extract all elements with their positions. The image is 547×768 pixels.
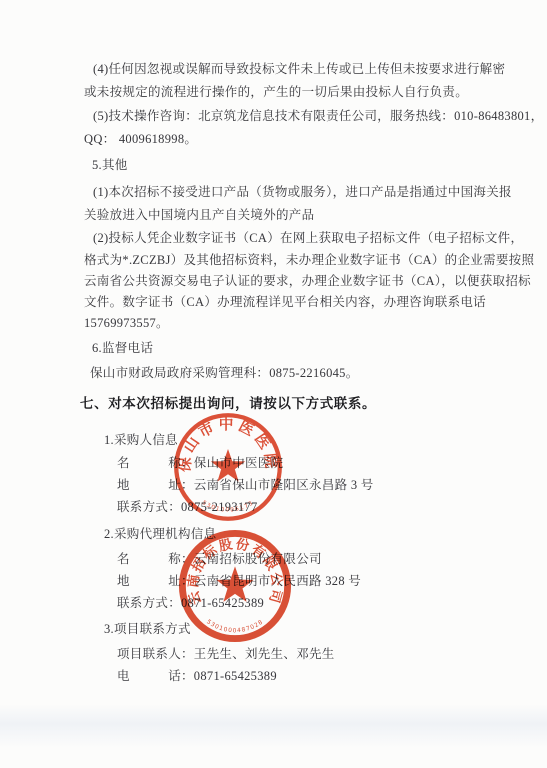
doc-line: (2)投标人凭企业数字证书（CA）在网上获取电子招标文件（电子招标文件，: [93, 231, 523, 246]
doc-line: 文件。数字证书（CA）办理流程详见平台相关内容，办理咨询联系电话: [84, 295, 486, 310]
doc-line: 格式为*.ZCZBJ）及其他招标资料，未办理企业数字证书（CA）的企业需要按照: [84, 253, 534, 268]
official-seal-buyer: 保山市中医医院 53010006173: [171, 410, 285, 524]
doc-line: QQ： 4009618998。: [84, 132, 197, 147]
doc-line: 保山市财政局政府采购管理科：0875-2216045。: [90, 366, 359, 381]
star-icon: [216, 566, 253, 602]
field-contact-phone: 电 话：0871-65425389: [117, 669, 277, 684]
seal-serial-number: 53010006173: [201, 500, 255, 514]
section-heading: 七、对本次招标提出询问，请按以下方式联系。: [80, 396, 376, 411]
doc-line: (4)任何因忽视或误解而导致投标文件未上传或已上传但未按要求进行解密: [93, 62, 505, 77]
official-seal-agency: 云南招标股份有限公司 5301000487028: [176, 527, 294, 645]
doc-line: 或未按规定的流程进行操作的，产生的一切后果由投标人自行负责。: [84, 85, 468, 100]
doc-line: 关验放进入中国境内且产自关境外的产品: [84, 208, 314, 223]
list-item-buyer-info: 1.采购人信息: [104, 433, 178, 448]
doc-section-label: 5.其他: [92, 158, 128, 173]
doc-line: (5)技术操作咨询：北京筑龙信息技术有限责任公司，服务热线：010-864838…: [93, 109, 543, 124]
doc-line: 云南省公共资源交易电子认证的要求，办理企业数字证书（CA），以便获取招标: [84, 274, 531, 289]
doc-section-label: 6.监督电话: [92, 341, 153, 356]
doc-line: 15769973557。: [84, 316, 169, 331]
star-icon: [211, 449, 245, 482]
field-contact-persons: 项目联系人：王先生、刘先生、邓先生: [117, 647, 335, 662]
doc-line: (1)本次招标不接受进口产品（货物或服务），进口产品是指通过中国海关报: [93, 185, 512, 200]
scanned-document-page: (4)任何因忽视或误解而导致投标文件未上传或已上传但未按要求进行解密 或未按规定…: [0, 0, 547, 768]
scan-shadow-band: [0, 704, 547, 748]
